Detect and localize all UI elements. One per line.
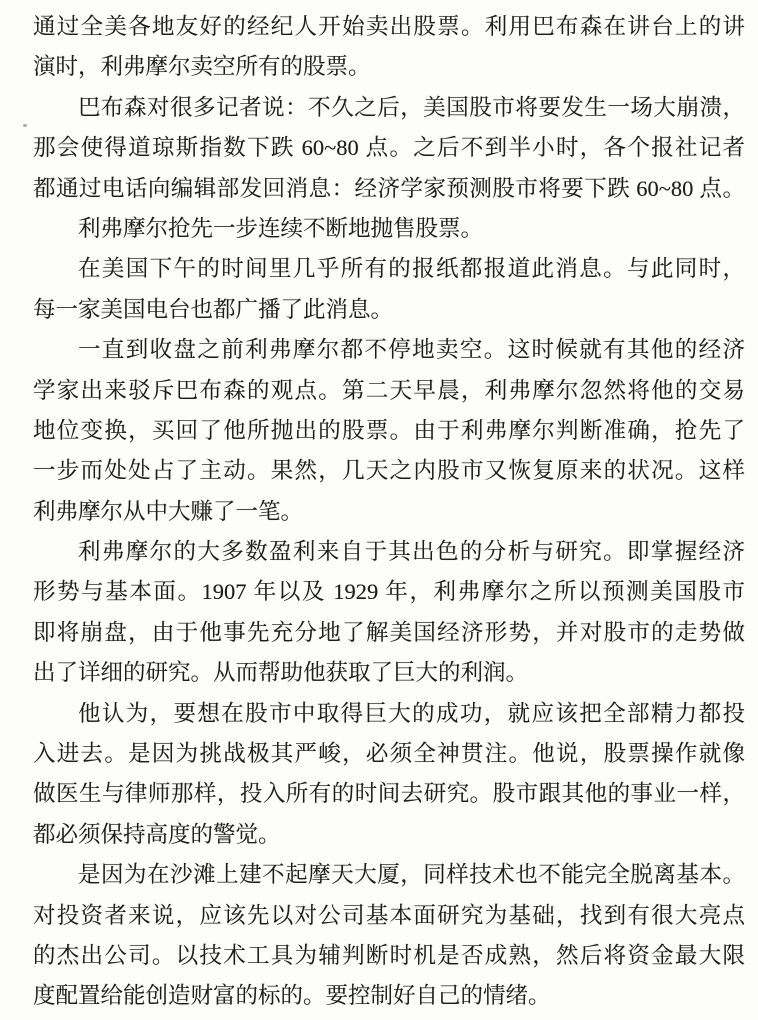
text-line: 即将崩盘，由于他事先充分地了解美国经济形势，并对股市的走势做 [33, 613, 745, 653]
text-line: 做医生与律师那样，投入所有的时间去研究。股市跟其他的事业一样， [33, 774, 745, 814]
text-line: 地位变换，买回了他所抛出的股票。由于利弗摩尔判断准确，抢先了 [33, 411, 745, 451]
text-line: 那会使得道琼斯指数下跌 60~80 点。之后不到半小时，各个报社记者 [33, 128, 745, 168]
paragraph: 利弗摩尔抢先一步连续不断地抛售股票。 [33, 209, 745, 249]
scan-speck [23, 124, 27, 127]
text-line: 每一家美国电台也都广播了此消息。 [33, 290, 745, 330]
text-line: 的杰出公司。以技术工具为辅判断时机是否成熟，然后将资金最大限 [33, 936, 745, 976]
text-line: 他认为，要想在股市中取得巨大的成功，就应该把全部精力都投 [33, 694, 745, 734]
scanned-book-page: { "document": { "language": "zh", "backg… [0, 0, 758, 1020]
text-line: 巴布森对很多记者说：不久之后，美国股市将要发生一场大崩溃， [33, 88, 745, 128]
text-line: 在美国下午的时间里几乎所有的报纸都报道此消息。与此同时， [33, 249, 745, 289]
paragraph: 一直到收盘之前利弗摩尔都不停地卖空。这时候就有其他的经济学家出来驳斥巴布森的观点… [33, 330, 745, 532]
text-line: 入进去。是因为挑战极其严峻，必须全神贯注。他说，股票操作就像 [33, 734, 745, 774]
text-line: 出了详细的研究。从而帮助他获取了巨大的利润。 [33, 653, 745, 693]
text-line: 都通过电话向编辑部发回消息：经济学家预测股市将要下跌 60~80 点。 [33, 169, 745, 209]
paragraph: 他认为，要想在股市中取得巨大的成功，就应该把全部精力都投入进去。是因为挑战极其严… [33, 694, 745, 856]
text-line: 通过全美各地友好的经纪人开始卖出股票。利用巴布森在讲台上的讲 [33, 7, 745, 47]
text-line: 学家出来驳斥巴布森的观点。第二天早晨，利弗摩尔忽然将他的交易 [33, 371, 745, 411]
page-text: 通过全美各地友好的经纪人开始卖出股票。利用巴布森在讲台上的讲演时，利弗摩尔卖空所… [0, 0, 758, 1020]
text-line: 一直到收盘之前利弗摩尔都不停地卖空。这时候就有其他的经济 [33, 330, 745, 370]
text-line: 一步而处处占了主动。果然，几天之内股市又恢复原来的状况。这样 [33, 451, 745, 491]
text-line: 演时，利弗摩尔卖空所有的股票。 [33, 47, 745, 87]
text-line: 利弗摩尔的大多数盈利来自于其出色的分析与研究。即掌握经济 [33, 532, 745, 572]
text-line: 是因为在沙滩上建不起摩天大厦，同样技术也不能完全脱离基本。 [33, 855, 745, 895]
paragraph: 通过全美各地友好的经纪人开始卖出股票。利用巴布森在讲台上的讲演时，利弗摩尔卖空所… [33, 7, 745, 88]
text-line: 利弗摩尔从中大赚了一笔。 [33, 492, 745, 532]
paragraph: 利弗摩尔的大多数盈利来自于其出色的分析与研究。即掌握经济形势与基本面。1907 … [33, 532, 745, 694]
text-line: 度配置给能创造财富的标的。要控制好自己的情绪。 [33, 976, 745, 1016]
paragraph: 是因为在沙滩上建不起摩天大厦，同样技术也不能完全脱离基本。对投资者来说，应该先以… [33, 855, 745, 1017]
text-line: 利弗摩尔抢先一步连续不断地抛售股票。 [33, 209, 745, 249]
text-line: 形势与基本面。1907 年以及 1929 年，利弗摩尔之所以预测美国股市 [33, 572, 745, 612]
text-line: 都必须保持高度的警觉。 [33, 815, 745, 855]
paragraph: 在美国下午的时间里几乎所有的报纸都报道此消息。与此同时，每一家美国电台也都广播了… [33, 249, 745, 330]
text-line: 对投资者来说，应该先以对公司基本面研究为基础，找到有很大亮点 [33, 896, 745, 936]
paragraph: 巴布森对很多记者说：不久之后，美国股市将要发生一场大崩溃，那会使得道琼斯指数下跌… [33, 88, 745, 209]
